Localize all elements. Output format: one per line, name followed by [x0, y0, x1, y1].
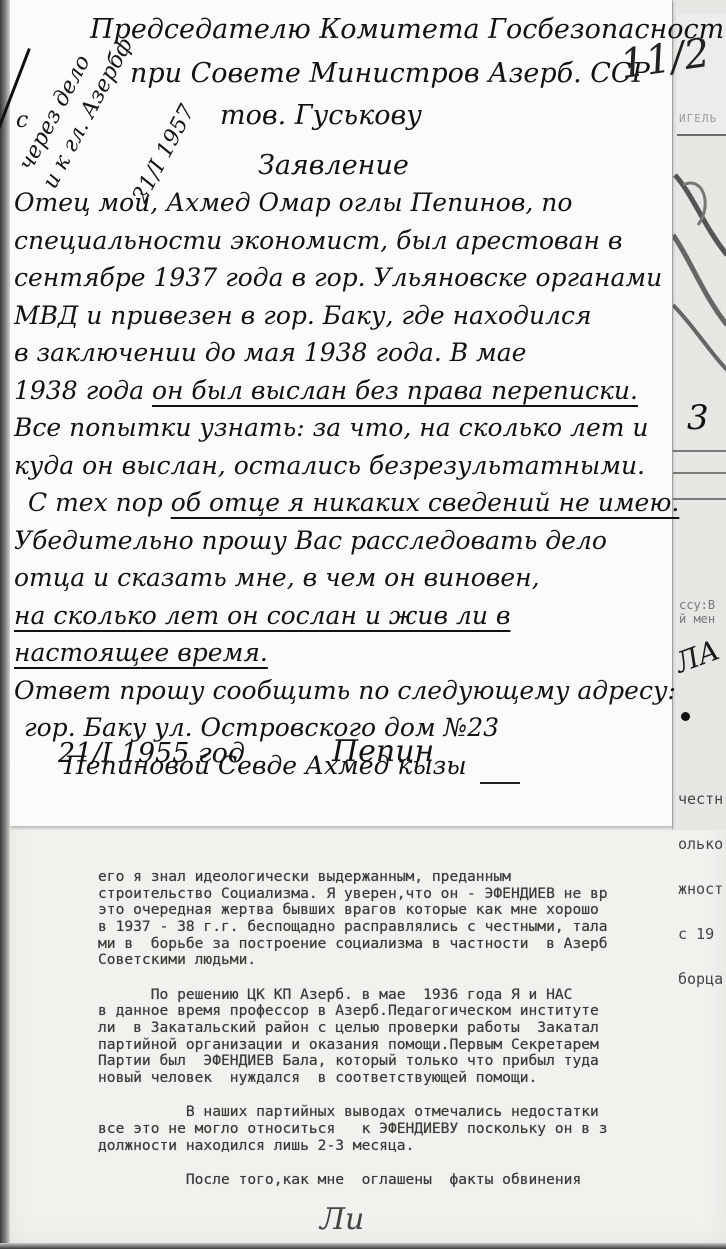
typed-line: После того,как мне оглашены факты обвине… [98, 1172, 726, 1189]
letter-title: Заявление [258, 150, 409, 181]
line-prefix: 1938 года [14, 376, 152, 405]
underlying-sheet-strip: ИГЕЛЬ 3 ссу:В й мен ЛА [672, 0, 726, 830]
typed-line: в данное время профессор в Азерб.Педагог… [98, 1003, 726, 1020]
line-prefix: С тех пор [28, 488, 171, 517]
typed-line: новый человек нуждался в соответствующей… [98, 1070, 726, 1087]
underlined-text: об отце я никаких сведений не имею. [171, 488, 680, 517]
letter-body-line: специальности экономист, был арестован в [14, 226, 622, 255]
underlined-text: настоящее время. [14, 638, 268, 667]
typed-line: По решению ЦК КП Азерб. в мае 1936 года … [98, 987, 726, 1004]
paragraph-gap [98, 1154, 726, 1172]
letter-signature: Пепин [332, 734, 434, 769]
scan-left-edge [0, 0, 10, 1249]
ink-dot [681, 712, 690, 721]
letter-body-line: Все попытки узнать: за что, на сколько л… [14, 413, 649, 442]
paragraph-gap [98, 969, 726, 987]
typed-line: его я знал идеологически выдержанным, пр… [98, 869, 726, 886]
stamp-text: ИГЕЛЬ [679, 112, 717, 125]
signature-fragment: ЛА [672, 633, 724, 679]
letter-body-line: МВД и привезен в гор. Баку, где находилс… [14, 301, 592, 330]
letter-body-line: Убедительно прошу Вас расследовать дело [14, 526, 607, 555]
strip-rule [673, 472, 726, 474]
typed-line: Партии был ЭФЕНДИЕВ Бала, который только… [98, 1053, 726, 1070]
typed-text: его я знал идеологически выдержанным, пр… [98, 836, 726, 1205]
typed-line: ли в Закатальский район с целью проверки… [98, 1020, 726, 1037]
letter-body-line: в заключении до мая 1938 года. В мае [14, 338, 526, 367]
line-text: специальности экономист, был арестован в [14, 226, 622, 255]
letter-body-line: настоящее время. [14, 638, 268, 667]
line-text: отца и сказать мне, в чем он виновен, [14, 563, 540, 592]
typed-line: строительство Социализма. Я уверен,что о… [98, 886, 726, 903]
line-text: МВД и привезен в гор. Баку, где находилс… [14, 301, 592, 330]
line-text: Отец мой, Ахмед Омар оглы Пепинов, по [14, 188, 572, 217]
peek-text: ссу:В й мен [679, 598, 715, 626]
bottom-signature: Ли [320, 1202, 364, 1237]
typed-line: все это не могло относиться к ЭФЕНДИЕВУ … [98, 1121, 726, 1138]
underlined-text: он был выслан без права переписки. [152, 376, 638, 405]
letter-body-line: С тех пор об отце я никаких сведений не … [28, 488, 679, 517]
letter-body-line: отца и сказать мне, в чем он виновен, [14, 563, 540, 592]
letter-body-line: на сколько лет он сослан и жив ли в [14, 601, 510, 630]
typed-line: в 1937 - 38 г.г. беспощадно расправлялис… [98, 919, 726, 936]
letter-body-line: 1938 года он был выслан без права перепи… [14, 376, 638, 405]
line-text: сентябре 1937 года в гор. Ульяновске орг… [14, 263, 662, 292]
paragraph-gap [98, 1086, 726, 1104]
scan-bottom-edge [0, 1243, 726, 1249]
underlined-text: на сколько лет он сослан и жив ли в [14, 601, 510, 630]
letter-body-line: куда он выслан, остались безрезультатным… [14, 451, 645, 480]
addressee-line: при Совете Министров Азерб. ССР [130, 58, 650, 89]
strip-rule [673, 450, 726, 452]
typed-line: Советскими людьми. [98, 952, 726, 969]
line-text: куда он выслан, остались безрезультатным… [14, 451, 645, 480]
line-text: Все попытки узнать: за что, на сколько л… [14, 413, 649, 442]
letter-body-line: Отец мой, Ахмед Омар оглы Пепинов, по [14, 188, 572, 217]
letter-body-line: сентябре 1937 года в гор. Ульяновске орг… [14, 263, 662, 292]
signature-underline [480, 782, 520, 784]
line-text: в заключении до мая 1938 года. В мае [14, 338, 526, 367]
typed-line: партийной организации и оказания помощи.… [98, 1037, 726, 1054]
strip-rule [673, 498, 726, 500]
resolution-scribble-icon [673, 165, 726, 375]
typed-line: должности находился лишь 2-3 месяца. [98, 1138, 726, 1155]
page-number: 3 [687, 398, 709, 438]
letter-body-line: Ответ прошу сообщить по следующему адрес… [14, 676, 676, 705]
line-text: Ответ прошу сообщить по следующему адрес… [14, 676, 676, 705]
addressee-line: тов. Гуськову [220, 100, 422, 131]
typed-line: ми в борьбе за построение социализма в ч… [98, 936, 726, 953]
typed-line: В наших партийных выводах отмечались нед… [98, 1104, 726, 1121]
letter-date: 21/I 1955 год [58, 738, 245, 769]
margin-note: с [16, 108, 28, 133]
handwritten-letter: Председателю Комитета Госбезопасности пр… [10, 0, 672, 826]
line-text: Убедительно прошу Вас расследовать дело [14, 526, 607, 555]
typed-line: это очередная жертва бывших врагов котор… [98, 902, 726, 919]
